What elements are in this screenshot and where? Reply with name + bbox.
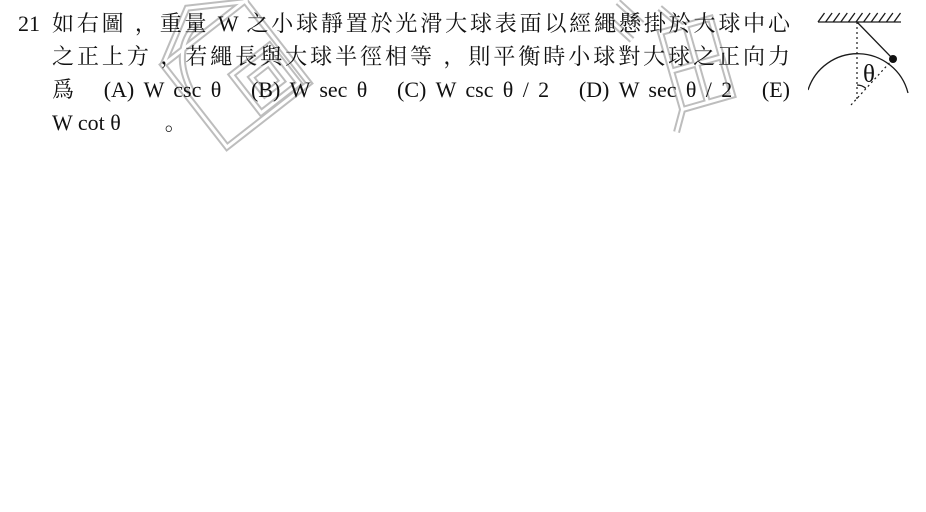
angle-theta-label: θ (863, 61, 875, 88)
question-block: 21 如右圖 ，重量 W 之小球靜置於光滑大球表面以經繩懸掛於大球中心 之正上方… (18, 7, 790, 139)
question-text-line-3: 爲 (A) W csc θ (B) W sec θ (C) W csc θ / … (52, 73, 790, 106)
ceiling-hatching-icon (818, 13, 901, 22)
question-text-line-4: W cot θ 。 (52, 106, 790, 139)
question-number: 21 (18, 7, 40, 40)
physics-diagram: θ (808, 6, 926, 112)
question-text-line-2: 之正上方 ，若繩長與大球半徑相等 ，則平衡時小球對大球之正向力 (52, 40, 790, 73)
question-text: 如右圖 ，重量 W 之小球靜置於光滑大球表面以經繩懸掛於大球中心 之正上方 ，若… (52, 7, 790, 139)
document-page: 21 如右圖 ，重量 W 之小球靜置於光滑大球表面以經繩懸掛於大球中心 之正上方… (0, 0, 926, 512)
question-text-line-1: 如右圖 ，重量 W 之小球靜置於光滑大球表面以經繩懸掛於大球中心 (52, 7, 790, 40)
ball-dot (889, 55, 897, 63)
